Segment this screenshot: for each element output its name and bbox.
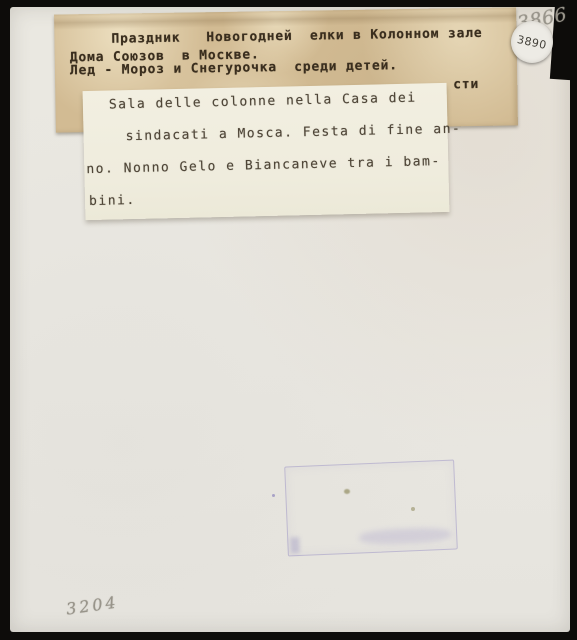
stamp-corner-smudge [290, 537, 300, 553]
stamp-illegible-text [358, 527, 451, 546]
italian-caption-line-1: Sala delle colonne nella Casa dei [109, 91, 417, 113]
photo-verso-scan: 3866 3204 Праздник Новогодней елки в Кол… [0, 0, 577, 640]
russian-caption-line-3: Лед - Мороз и Снегурочка среди детей. [70, 59, 398, 78]
sticker-number: 3890 [516, 33, 548, 52]
italian-caption-line-2: sindacati a Mosca. Festa di fine an- [125, 122, 461, 145]
italian-caption-line-3: no. Nonno Gelo e Biancaneve tra i bam- [86, 154, 441, 177]
italian-caption-line-4: bini. [89, 193, 136, 209]
italian-caption-label: Sala delle colonne nella Casa dei sindac… [83, 83, 450, 220]
pencil-number-bottom-left: 3204 [65, 592, 120, 618]
russian-caption-partial-word: сти [453, 78, 479, 92]
russian-caption-line-1: Праздник Новогодней елки в Колонном зале [111, 27, 482, 47]
ink-dot [272, 494, 275, 497]
faint-rectangular-stamp [284, 459, 458, 556]
